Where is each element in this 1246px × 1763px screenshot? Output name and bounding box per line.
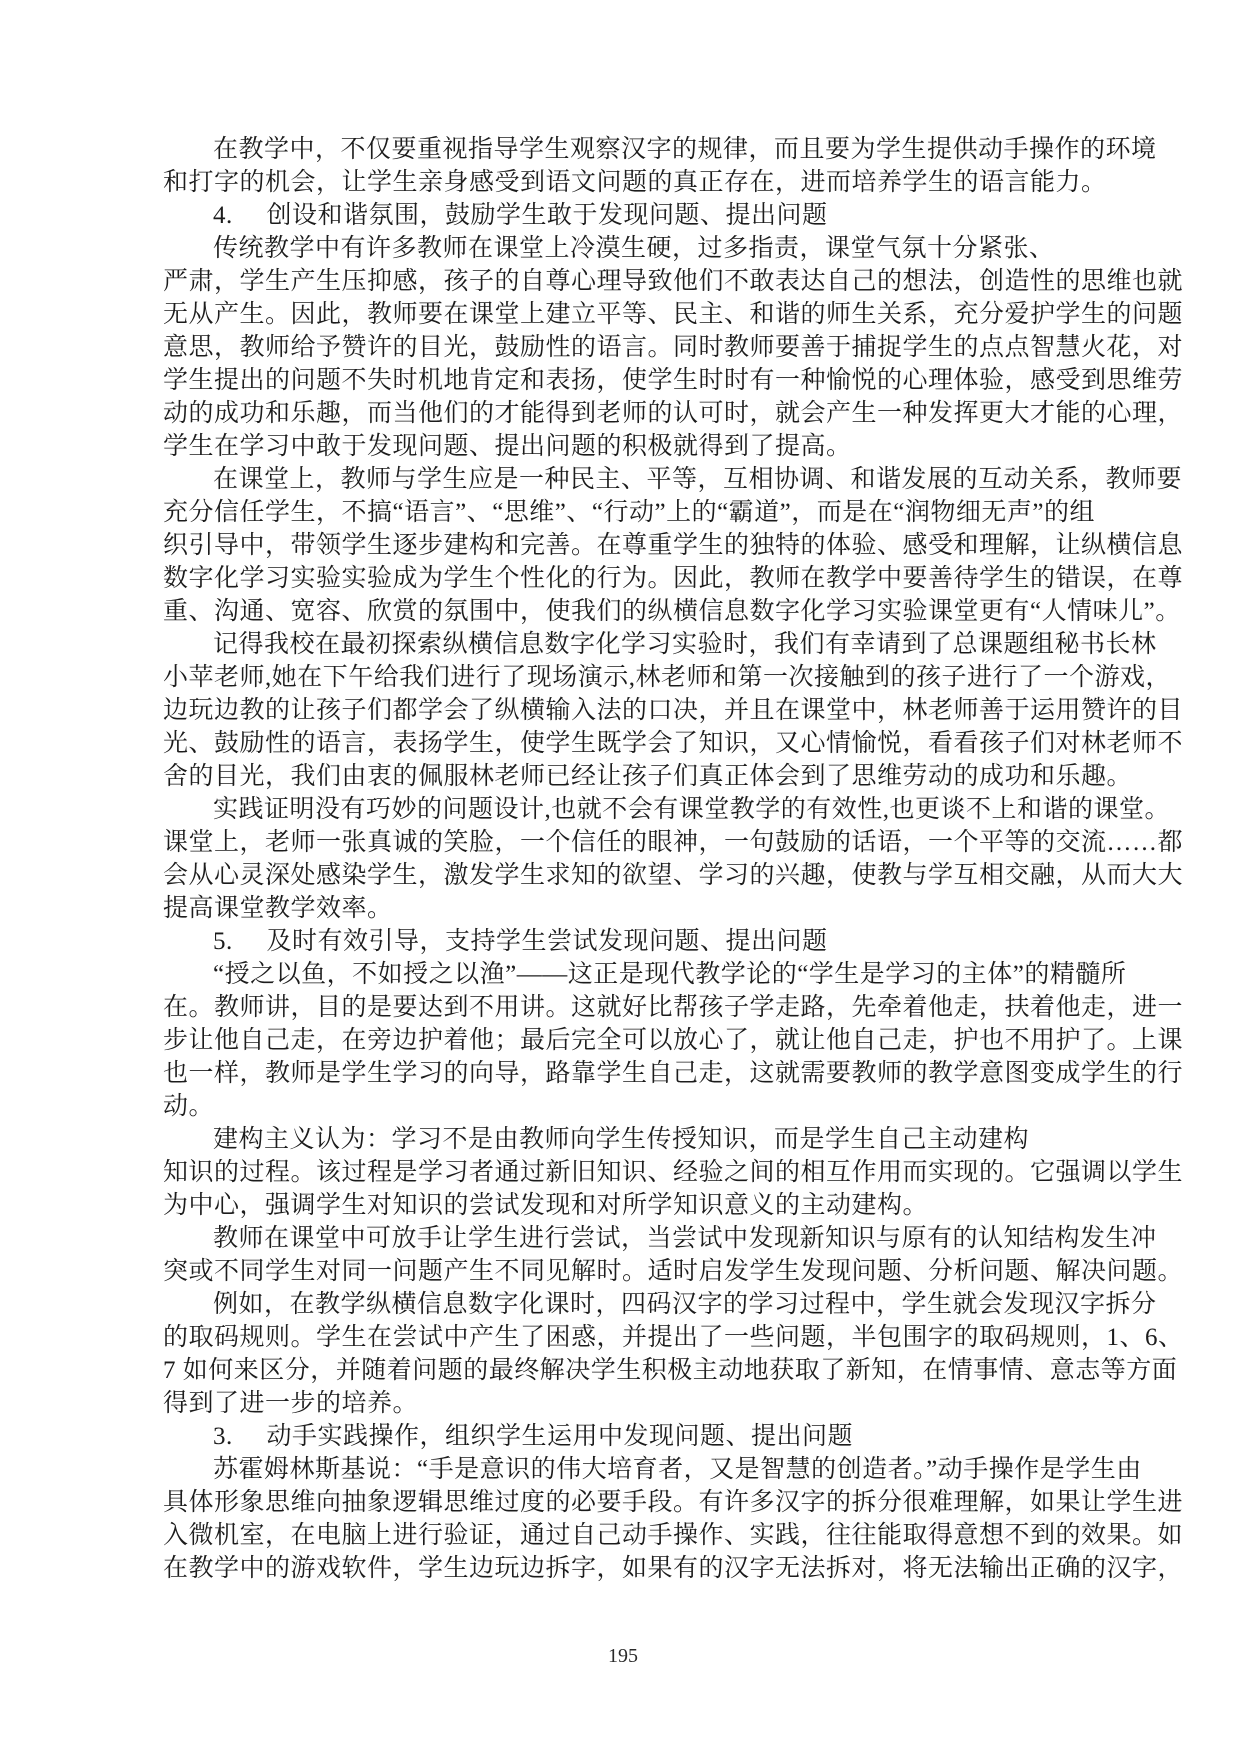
text-line: 为中心，强调学生对知识的尝试发现和对所学知识意义的主动建构。: [163, 1189, 953, 1222]
text-line: 数字化学习实验实验成为学生个性化的行为。因此，教师在教学中要善待学生的错误，在尊: [163, 562, 953, 595]
text-line: 意思，教师给予赞许的目光，鼓励性的语言。同时教师要善于捕捉学生的点点智慧火花，对: [163, 331, 953, 364]
section-heading-line: 3. 动手实践操作，组织学生运用中发现问题、提出问题: [163, 1420, 953, 1453]
text-line: 具体形象思维向抽象逻辑思维过度的必要手段。有许多汉字的拆分很难理解，如果让学生进: [163, 1486, 953, 1519]
text-line: 学生提出的问题不失时机地肯定和表扬，使学生时时有一种愉悦的心理体验，感受到思维劳: [163, 364, 953, 397]
text-line: 无从产生。因此，教师要在课堂上建立平等、民主、和谐的师生关系，充分爱护学生的问题: [163, 298, 953, 331]
text-line: 严肃，学生产生压抑感，孩子的自尊心理导致他们不敢表达自己的想法，创造性的思维也就: [163, 265, 953, 298]
section-heading-line: 5. 及时有效引导，支持学生尝试发现问题、提出问题: [163, 925, 953, 958]
text-line: 舍的目光，我们由衷的佩服林老师已经让孩子们真正体会到了思维劳动的成功和乐趣。: [163, 760, 953, 793]
text-line: 小苹老师,她在下午给我们进行了现场演示,林老师和第一次接触到的孩子进行了一个游戏…: [163, 661, 953, 694]
text-line: 教师在课堂中可放手让学生进行尝试，当尝试中发现新知识与原有的认知结构发生冲: [163, 1222, 953, 1255]
text-line: 知识的过程。该过程是学习者通过新旧知识、经验之间的相互作用而实现的。它强调以学生: [163, 1156, 953, 1189]
text-line: 建构主义认为：学习不是由教师向学生传授知识，而是学生自己主动建构: [163, 1123, 953, 1156]
text-block: 在教学中，不仅要重视指导学生观察汉字的规律，而且要为学生提供动手操作的环境和打字…: [163, 133, 953, 1585]
text-line: 课堂上，老师一张真诚的笑脸，一个信任的眼神，一句鼓励的话语，一个平等的交流……都: [163, 826, 953, 859]
text-line: 苏霍姆林斯基说：“手是意识的伟大培育者，又是智慧的创造者。”动手操作是学生由: [163, 1453, 953, 1486]
text-line: 和打字的机会，让学生亲身感受到语文问题的真正存在，进而培养学生的语言能力。: [163, 166, 953, 199]
page-number: 195: [0, 1645, 1246, 1668]
text-line: 织引导中，带领学生逐步建构和完善。在尊重学生的独特的体验、感受和理解，让纵横信息: [163, 529, 953, 562]
text-line: 入微机室，在电脑上进行验证，通过自己动手操作、实践，往往能取得意想不到的效果。如: [163, 1519, 953, 1552]
text-line: 提高课堂教学效率。: [163, 892, 953, 925]
text-line: 在教学中，不仅要重视指导学生观察汉字的规律，而且要为学生提供动手操作的环境: [163, 133, 953, 166]
text-line: 在。教师讲，目的是要达到不用讲。这就好比帮孩子学走路，先牵着他走，扶着他走，进一: [163, 991, 953, 1024]
text-line: 边玩边教的让孩子们都学会了纵横输入法的口决，并且在课堂中，林老师善于运用赞许的目: [163, 694, 953, 727]
text-line: 动的成功和乐趣，而当他们的才能得到老师的认可时，就会产生一种发挥更大才能的心理，: [163, 397, 953, 430]
text-line: 传统教学中有许多教师在课堂上冷漠生硬，过多指责，课堂气氛十分紧张、: [163, 232, 953, 265]
document-page: 在教学中，不仅要重视指导学生观察汉字的规律，而且要为学生提供动手操作的环境和打字…: [0, 0, 1246, 1763]
text-line: 7 如何来区分，并随着问题的最终解决学生积极主动地获取了新知，在情事情、意志等方…: [163, 1354, 953, 1387]
text-line: 例如，在教学纵横信息数字化课时，四码汉字的学习过程中，学生就会发现汉字拆分: [163, 1288, 953, 1321]
text-line: 步让他自己走，在旁边护着他；最后完全可以放心了，就让他自己走，护也不用护了。上课: [163, 1024, 953, 1057]
text-line: 得到了进一步的培养。: [163, 1387, 953, 1420]
text-line: 在教学中的游戏软件，学生边玩边拆字，如果有的汉字无法拆对，将无法输出正确的汉字，: [163, 1552, 953, 1585]
text-line: 充分信任学生，不搞“语言”、“思维”、“行动”上的“霸道”，而是在“润物细无声”…: [163, 496, 953, 529]
text-line: 突或不同学生对同一问题产生不同见解时。适时启发学生发现问题、分析问题、解决问题。: [163, 1255, 953, 1288]
section-heading-line: 4. 创设和谐氛围，鼓励学生敢于发现问题、提出问题: [163, 199, 953, 232]
text-line: 会从心灵深处感染学生，激发学生求知的欲望、学习的兴趣，使教与学互相交融，从而大大: [163, 859, 953, 892]
text-line: 重、沟通、宽容、欣赏的氛围中，使我们的纵横信息数字化学习实验课堂更有“人情味儿”…: [163, 595, 953, 628]
text-line: 学生在学习中敢于发现问题、提出问题的积极就得到了提高。: [163, 430, 953, 463]
text-line: “授之以鱼，不如授之以渔”——这正是现代教学论的“学生是学习的主体”的精髓所: [163, 958, 953, 991]
text-line: 光、鼓励性的语言，表扬学生，使学生既学会了知识，又心情愉悦，看看孩子们对林老师不: [163, 727, 953, 760]
text-line: 实践证明没有巧妙的问题设计,也就不会有课堂教学的有效性,也更谈不上和谐的课堂。: [163, 793, 953, 826]
text-line: 也一样，教师是学生学习的向导，路靠学生自己走，这就需要教师的教学意图变成学生的行: [163, 1057, 953, 1090]
text-line: 动。: [163, 1090, 953, 1123]
text-line: 在课堂上，教师与学生应是一种民主、平等，互相协调、和谐发展的互动关系，教师要: [163, 463, 953, 496]
text-line: 的取码规则。学生在尝试中产生了困惑，并提出了一些问题，半包围字的取码规则，1、6…: [163, 1321, 953, 1354]
text-line: 记得我校在最初探索纵横信息数字化学习实验时，我们有幸请到了总课题组秘书长林: [163, 628, 953, 661]
